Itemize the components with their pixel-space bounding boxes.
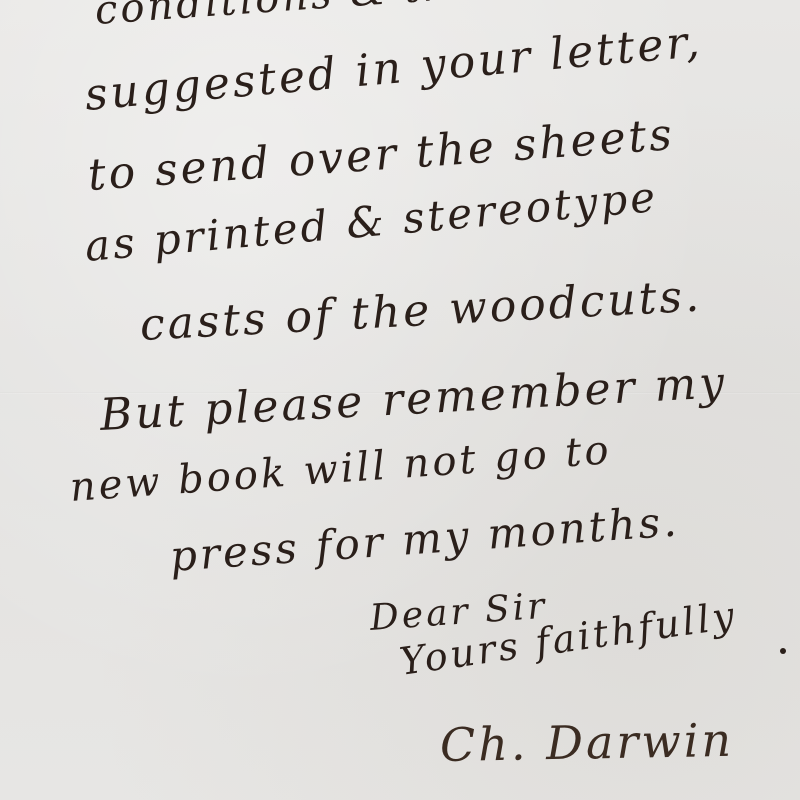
closing-period — [780, 648, 786, 654]
letter-signature: Ch. Darwin — [440, 713, 735, 772]
